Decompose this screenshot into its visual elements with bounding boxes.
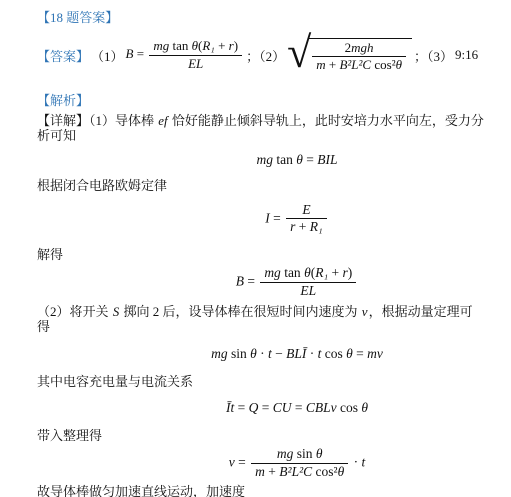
fraction-denominator: m + B²L²C cos²θ xyxy=(312,56,406,72)
math-token: tan xyxy=(169,38,191,53)
math-token: mv xyxy=(367,346,383,361)
p1-text-a: （1）导体棒 xyxy=(89,113,157,128)
math-token: cos² xyxy=(371,57,395,72)
math-token: R₁ xyxy=(310,219,323,234)
math-token: + xyxy=(326,57,340,72)
math-token: t xyxy=(361,454,365,469)
p1-var-ef: ef xyxy=(157,113,168,128)
answer-item2-prefix: ；（2） xyxy=(246,46,285,65)
math-token: = xyxy=(291,400,305,415)
math-token: Q xyxy=(249,400,259,415)
math-token: B²L²C xyxy=(279,464,312,479)
math-token: cos xyxy=(321,346,346,361)
math-token: + xyxy=(295,219,309,234)
solve-paragraph: 解得 xyxy=(37,247,485,262)
answer-item3-prefix: ；（3） xyxy=(414,46,453,65)
math-token: cos² xyxy=(312,464,337,479)
radical-body: 2mghm + B²L²C cos²θ xyxy=(308,38,412,73)
math-token: − xyxy=(272,346,286,361)
math-token: Īt xyxy=(226,400,234,415)
math-token: + xyxy=(265,464,279,479)
math-token: ) xyxy=(348,265,353,280)
formula-charge: Īt = Q = CU = CBLv cos θ xyxy=(37,400,485,416)
substitute-paragraph: 带入整理得 xyxy=(37,428,485,443)
math-token: mg xyxy=(211,346,228,361)
fraction: Er + R₁ xyxy=(286,203,327,236)
math-token: = xyxy=(235,454,249,469)
analysis-header: 【解析】 xyxy=(37,93,485,108)
math-token: mg xyxy=(256,152,273,167)
math-token: R₁ xyxy=(315,265,328,280)
answer-header: 【18 题答案】 xyxy=(37,10,485,25)
math-token: · xyxy=(257,346,268,361)
math-token: cos xyxy=(337,400,362,415)
fraction-numerator: E xyxy=(286,203,327,219)
formula-answer-sqrt: √2mghm + B²L²C cos²θ xyxy=(287,37,412,72)
detail-paragraph-1: 【详解】（1）导体棒 ef 恰好能静止倾斜导轨上，此时安培力水平向左，受力分析可… xyxy=(37,113,485,143)
fraction: mg tan θ(R₁ + r)EL xyxy=(149,39,242,71)
fraction-denominator: r + R₁ xyxy=(286,218,327,235)
detail-label: 【详解】 xyxy=(37,113,89,128)
math-token: · xyxy=(306,346,317,361)
document-page: 【18 题答案】 【答案】 （1） B = mg tan θ(R₁ + r)EL… xyxy=(0,0,511,497)
answer-item3-value: 9:16 xyxy=(455,47,478,63)
p2-text-b: 掷向 2 后，设导体棒在很短时间内速度为 xyxy=(120,304,361,319)
p2-var-s: S xyxy=(112,304,121,319)
math-token: B xyxy=(236,274,244,289)
math-token: BLĪ xyxy=(286,346,306,361)
answer-line: 【答案】 （1） B = mg tan θ(R₁ + r)EL ；（2） √2m… xyxy=(37,33,485,77)
formula-momentum: mg sin θ · t − BLĪ · t cos θ = mv xyxy=(37,346,485,362)
final-paragraph: 故导体棒做匀加速直线运动，加速度 xyxy=(37,484,485,497)
math-token: CU xyxy=(273,400,292,415)
math-token: R₁ xyxy=(202,38,214,53)
fraction-denominator: EL xyxy=(149,55,242,71)
math-token: = xyxy=(234,400,248,415)
math-token: EL xyxy=(300,283,316,298)
math-token: θ xyxy=(296,152,303,167)
radical: √2mghm + B²L²C cos²θ xyxy=(287,37,412,72)
math-token: + xyxy=(328,265,342,280)
fraction-numerator: 2mgh xyxy=(312,41,406,56)
math-token: tan xyxy=(273,152,296,167)
math-token: mg xyxy=(153,38,169,53)
math-token: CBLv xyxy=(306,400,337,415)
detail-paragraph-2: （2）将开关 S 掷向 2 后，设导体棒在很短时间内速度为 v，根据动量定理可得 xyxy=(37,304,485,334)
math-token: θ xyxy=(346,346,353,361)
math-token: θ xyxy=(250,346,257,361)
math-token: mg xyxy=(264,265,281,280)
fraction: mg sin θm + B²L²C cos²θ xyxy=(251,447,348,480)
math-token: + xyxy=(215,38,229,53)
math-token: = xyxy=(353,346,367,361)
math-token: θ xyxy=(396,57,402,72)
math-token: EL xyxy=(188,56,203,71)
math-token: = xyxy=(244,274,258,289)
math-token: sin xyxy=(293,446,316,461)
math-token: B²L²C xyxy=(339,57,371,72)
math-token: = xyxy=(258,400,272,415)
math-token: θ xyxy=(361,400,368,415)
fraction-numerator: mg tan θ(R₁ + r) xyxy=(260,266,356,282)
formula-current: I = Er + R₁ xyxy=(37,203,485,236)
math-token: · xyxy=(350,454,361,469)
math-token: ) xyxy=(234,38,238,53)
math-token: θ xyxy=(304,265,311,280)
ohm-law-paragraph: 根据闭合电路欧姆定律 xyxy=(37,178,485,193)
math-token: tan xyxy=(281,265,304,280)
fraction-denominator: m + B²L²C cos²θ xyxy=(251,463,348,480)
p2-text-a: （2）将开关 xyxy=(37,304,112,319)
math-token: mgh xyxy=(351,40,373,55)
math-token: sin xyxy=(228,346,251,361)
answer-item1-prefix: （1） xyxy=(91,46,124,65)
answer-label: 【答案】 xyxy=(37,46,89,65)
math-token: = xyxy=(303,152,317,167)
formula-force-balance: mg tan θ = BIL xyxy=(37,152,485,168)
fraction: mg tan θ(R₁ + r)EL xyxy=(260,266,356,299)
math-token: = xyxy=(133,46,147,61)
fraction-numerator: mg sin θ xyxy=(251,447,348,463)
capacitor-paragraph: 其中电容充电量与电流关系 xyxy=(37,374,485,389)
fraction-denominator: EL xyxy=(260,282,356,299)
math-token: m xyxy=(255,464,265,479)
fraction: 2mghm + B²L²C cos²θ xyxy=(312,41,406,73)
math-token: mg xyxy=(277,446,294,461)
math-token: E xyxy=(302,202,310,217)
math-token: BIL xyxy=(317,152,337,167)
math-token: θ xyxy=(338,464,345,479)
fraction-numerator: mg tan θ(R₁ + r) xyxy=(149,39,242,54)
radical-sign-icon: √ xyxy=(287,35,311,70)
math-token: = xyxy=(270,210,284,225)
math-token: θ xyxy=(316,446,323,461)
formula-answer-b: B = mg tan θ(R₁ + r)EL xyxy=(126,39,245,71)
p2-var-v: v xyxy=(361,304,369,319)
formula-velocity: v = mg sin θm + B²L²C cos²θ · t xyxy=(37,447,485,480)
math-token: m xyxy=(316,57,325,72)
formula-b-solved: B = mg tan θ(R₁ + r)EL xyxy=(37,266,485,299)
